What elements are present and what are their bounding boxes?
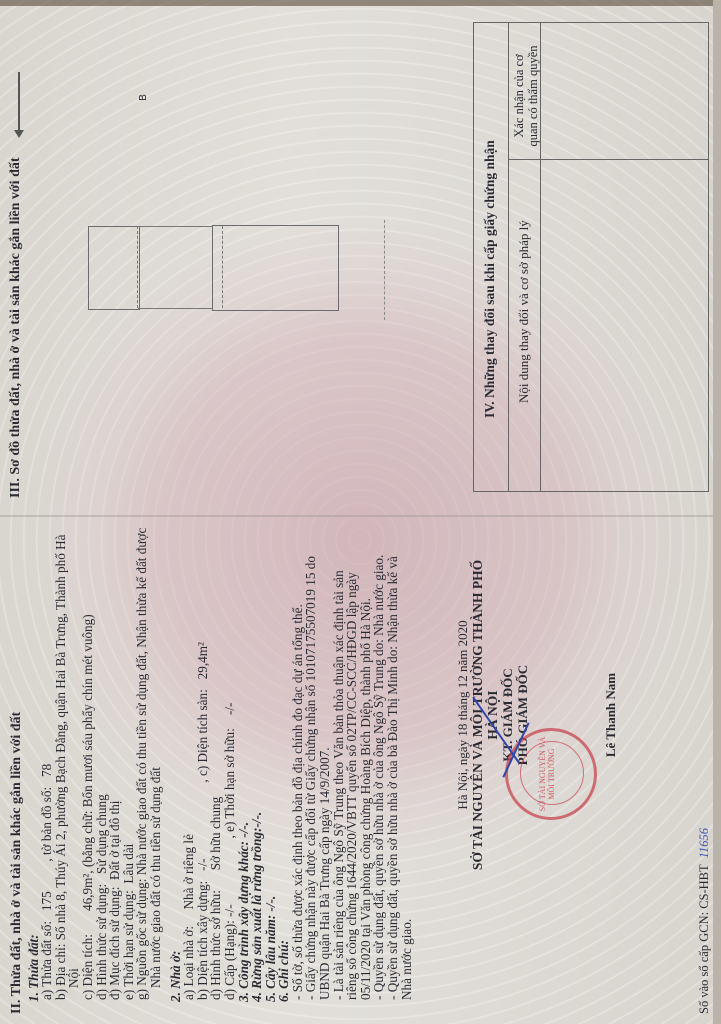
note-line: riêng số công chứng 1644/2020/VBTT quyển… [345,514,359,1000]
section-iv-title: IV. Những thay đổi sau khi cấp giấy chứn… [482,140,498,418]
origin-line: g) Nguồn gốc sử dụng: Nhà nước giao đất … [135,514,149,1000]
porch-line [222,226,224,308]
col-confirmation: Xác nhận của cơ quan có thẩm quyền [512,41,540,151]
building-g1-upper [88,226,140,310]
grade-value: -/- [222,904,237,916]
address-value: Số nhà 8, Thúy Ái 2, phường Bạch Đằng, q… [53,535,68,941]
grade-label: d) Cấp (Hạng): [222,920,237,1000]
house-heading: 2. Nhà ở: [169,514,183,1002]
area-line: c) Diện tích: 46,9m², (bằng chữ: Bốn mươ… [81,514,95,1000]
note-line: 05/11/2020 tại Văn phòng công chứng Hoàn… [359,514,373,1000]
forest: 4. Rừng sản xuất là rừng trồng:-/-. [250,514,264,1002]
address-line: b) Địa chỉ: Số nhà 8, Thúy Ái 2, phường … [54,514,68,1000]
g1-dash [137,226,139,308]
note-line: - Số tờ, số thửa được xác định theo bản … [291,514,305,1000]
serial-line: Số vào sổ cấp GCN: CS-HBT 11656 [697,814,712,1014]
ownership-line: d) Hình thức sở hữu: Sở hữu chung [209,514,223,1000]
land-heading: 1. Thửa đất: [27,514,41,1002]
section-iv-divider [508,159,708,160]
serial-number: 11656 [697,828,711,858]
purpose-line: đ) Mục đích sử dụng: Đất ở tại đô thị [108,514,122,1000]
perennial: 5. Cây lâu năm: -/-. [264,514,278,1002]
edge-5-6 [138,226,212,227]
grade-line: d) Cấp (Hạng): -/- , e) Thời hạn sở hữu:… [223,514,237,1000]
floor-area-label: , c) Diện tích sàn: [195,689,210,782]
signature-block: Hà Nội, ngày 18 tháng 12 năm 2020 SỞ TÀI… [455,550,685,880]
note-line: - Quyền sử dụng đất, quyền sở hữu nhà ở … [372,514,386,1000]
note-line: - Là tài sản riêng của ông Ngô Sỹ Trung … [332,514,346,1000]
edge-7-8 [138,308,212,309]
note-line: UBND quận Hai Bà Trưng cấp ngày 14/9/200… [318,514,332,1000]
note-line: - Quyền sử dụng đất, quyền sở hữu nhà ở … [386,514,400,1000]
own-term-label: , e) Thời hạn sở hữu: [222,728,237,838]
other-works: 3. Công trình xây dựng khác: -/-. [237,514,251,1002]
parcel-line: a) Thửa đất số: 175 , tờ bản đồ số: 78 [40,514,54,1000]
alley-line [384,220,386,320]
north-arrow-head [14,130,24,138]
parcel-outline [212,225,339,311]
note-line: - Giấy chứng nhận này được cấp đổi từ Gi… [304,514,318,1000]
floor-area-value: 29,4m² [195,642,210,679]
house-type-line: a) Loại nhà ở: Nhà ở riêng lẻ [182,514,196,1000]
notes-heading: 6. Ghi chú: [277,514,291,1002]
desk-edge [0,0,721,6]
seal-text: SỞ TÀI NGUYÊN VÀ MÔI TRƯỜNG [538,731,556,817]
section-iii-title: III. Sơ đồ thửa đất, nhà ở và tài sản kh… [8,38,24,498]
signer-name: Lê Thanh Nam [603,550,618,880]
address-cont: Nội [67,514,81,988]
paper-edge [713,0,721,1024]
role-2: PHÓ GIÁM ĐỐC [515,550,530,880]
role-1: KT. GIÁM ĐỐC [500,550,515,880]
section-iv-table: IV. Những thay đổi sau khi cấp giấy chứn… [473,22,709,492]
north-label: B [138,94,149,101]
note-line: Nhà nước giao. [400,514,414,1000]
col-changes: Nội dung thay đổi và cơ sở pháp lý [516,220,532,403]
section-ii: II. Thửa đất, nhà ở và tài sản khác gắn … [10,514,450,1014]
north-arrow-icon [18,72,20,132]
origin-cont: Nhà nước giao đất có thu tiền sử dụng đấ… [149,514,163,988]
use-form-line: d) Hình thức sử dụng: Sử dụng chung [95,514,109,1000]
serial-label: Số vào sổ cấp GCN: CS-HBT [697,865,711,1014]
section-ii-title: II. Thửa đất, nhà ở và tài sản khác gắn … [10,514,24,1014]
build-area-line: b) Diện tích xây dựng: -/- , c) Diện tíc… [196,514,210,1000]
notes-list: - Số tờ, số thửa được xác định theo bản … [291,514,413,1014]
term-line: e) Thời hạn sử dụng: Lâu dài [122,514,136,1000]
date-line: Hà Nội, ngày 18 tháng 12 năm 2020 [455,550,470,880]
own-term-value: -/- [222,703,237,715]
